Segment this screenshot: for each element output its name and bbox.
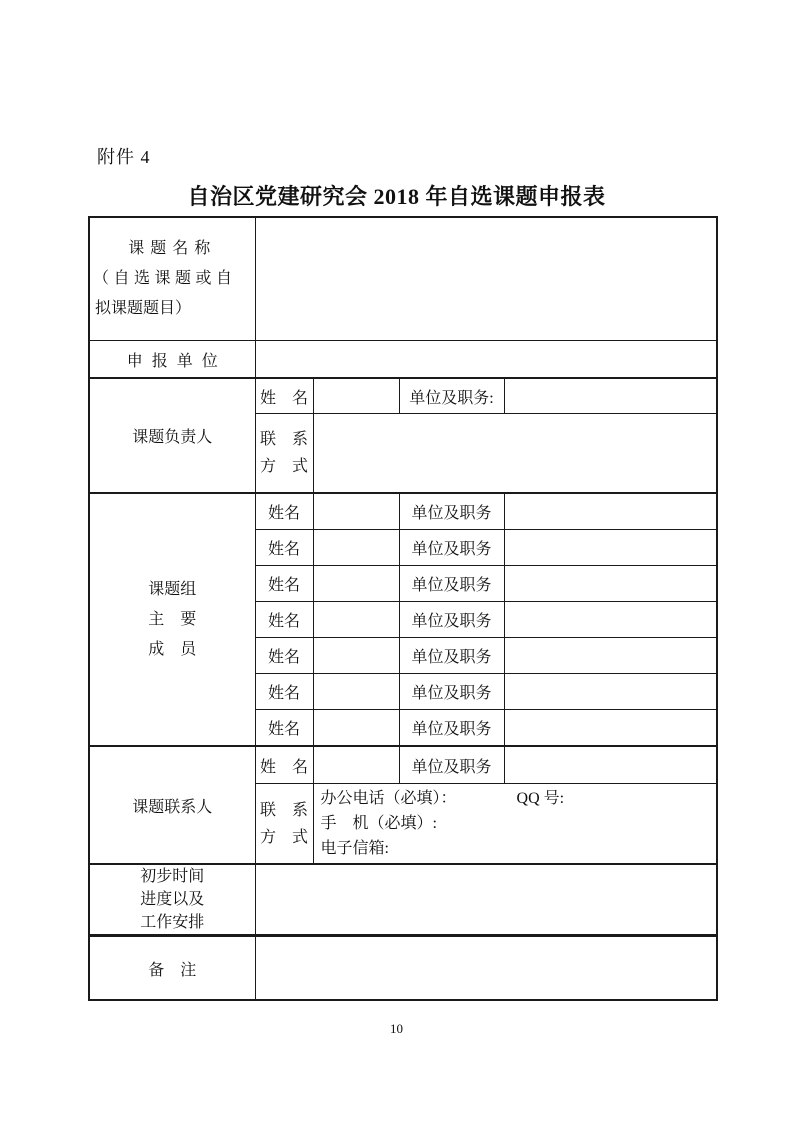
contact-person-unit-value-cell bbox=[504, 746, 717, 784]
member-6-name-value-cell bbox=[313, 674, 399, 710]
remarks-value-cell bbox=[255, 936, 717, 1001]
topic-name-label: 课题名称 （自选课题或自 拟课题题目） bbox=[89, 217, 255, 341]
row-leader-name: 课题负责人 姓 名 单位及职务: bbox=[89, 378, 717, 414]
member-5-name-label: 姓名 bbox=[255, 638, 313, 674]
member-4-name-label: 姓名 bbox=[255, 602, 313, 638]
email-label: 电子信箱: bbox=[321, 836, 717, 861]
leader-unit-label: 单位及职务: bbox=[399, 378, 504, 414]
members-label-line2: 主 要 bbox=[90, 605, 255, 635]
schedule-label-line1: 初步时间 bbox=[90, 865, 255, 888]
row-contact-person-name: 课题联系人 姓 名 单位及职务 bbox=[89, 746, 717, 784]
application-form-table: 课题名称 （自选课题或自 拟课题题目） 申报单位 课题负责人 姓 名 单位及职务… bbox=[88, 216, 718, 1001]
contact-line-phone-qq: 办公电话（必填）：QQ 号: bbox=[321, 786, 717, 811]
contact-person-contact-label-line1: 联 系 bbox=[256, 797, 313, 824]
row-member-1: 课题组 主 要 成 员 姓名 单位及职务 bbox=[89, 493, 717, 530]
member-1-name-label: 姓名 bbox=[255, 493, 313, 530]
row-schedule: 初步时间 进度以及 工作安排 bbox=[89, 864, 717, 936]
member-7-name-value-cell bbox=[313, 710, 399, 747]
member-7-unit-value-cell bbox=[504, 710, 717, 747]
page-number: 10 bbox=[0, 1021, 793, 1037]
contact-person-name-value-cell bbox=[313, 746, 399, 784]
member-7-unit-label: 单位及职务 bbox=[399, 710, 504, 747]
contact-person-contact-value-cell: 办公电话（必填）：QQ 号: 手 机（必填）: 电子信箱: bbox=[313, 784, 717, 865]
schedule-label-line2: 进度以及 bbox=[90, 888, 255, 911]
member-6-name-label: 姓名 bbox=[255, 674, 313, 710]
members-label-line1: 课题组 bbox=[90, 575, 255, 605]
member-1-name-value-cell bbox=[313, 493, 399, 530]
topic-name-label-line2: （自选课题或自 bbox=[92, 264, 253, 294]
remarks-label: 备 注 bbox=[89, 936, 255, 1001]
leader-contact-value-cell bbox=[313, 414, 717, 494]
member-3-unit-value-cell bbox=[504, 566, 717, 602]
schedule-label-line3: 工作安排 bbox=[90, 911, 255, 934]
topic-name-value-cell bbox=[255, 217, 717, 341]
topic-name-label-line1: 课题名称 bbox=[92, 234, 253, 264]
member-3-name-value-cell bbox=[313, 566, 399, 602]
member-1-unit-label: 单位及职务 bbox=[399, 493, 504, 530]
mobile-label: 手 机（必填）: bbox=[321, 811, 717, 836]
row-applicant-unit: 申报单位 bbox=[89, 341, 717, 379]
member-5-name-value-cell bbox=[313, 638, 399, 674]
member-3-name-label: 姓名 bbox=[255, 566, 313, 602]
member-5-unit-value-cell bbox=[504, 638, 717, 674]
topic-name-label-line3: 拟课题题目） bbox=[92, 294, 253, 324]
office-phone-label: 办公电话（必填）： bbox=[321, 790, 457, 807]
contact-person-label: 课题联系人 bbox=[89, 746, 255, 864]
attachment-label: 附件 4 bbox=[97, 143, 151, 169]
leader-unit-value-cell bbox=[504, 378, 717, 414]
leader-contact-label-line1: 联 系 bbox=[256, 426, 313, 453]
applicant-unit-value-cell bbox=[255, 341, 717, 379]
member-1-unit-value-cell bbox=[504, 493, 717, 530]
leader-name-label: 姓 名 bbox=[255, 378, 313, 414]
leader-label: 课题负责人 bbox=[89, 378, 255, 493]
member-4-unit-value-cell bbox=[504, 602, 717, 638]
schedule-value-cell bbox=[255, 864, 717, 936]
member-2-unit-label: 单位及职务 bbox=[399, 530, 504, 566]
member-7-name-label: 姓名 bbox=[255, 710, 313, 747]
leader-contact-label-line2: 方 式 bbox=[256, 453, 313, 480]
contact-person-contact-label: 联 系 方 式 bbox=[255, 784, 313, 865]
row-topic-name: 课题名称 （自选课题或自 拟课题题目） bbox=[89, 217, 717, 341]
leader-contact-label: 联 系 方 式 bbox=[255, 414, 313, 494]
members-label: 课题组 主 要 成 员 bbox=[89, 493, 255, 746]
contact-person-contact-label-line2: 方 式 bbox=[256, 824, 313, 851]
member-2-name-label: 姓名 bbox=[255, 530, 313, 566]
qq-label: QQ 号: bbox=[517, 790, 565, 807]
schedule-label: 初步时间 进度以及 工作安排 bbox=[89, 864, 255, 936]
page-title: 自治区党建研究会 2018 年自选课题申报表 bbox=[0, 180, 793, 211]
members-label-line3: 成 员 bbox=[90, 635, 255, 665]
row-remarks: 备 注 bbox=[89, 936, 717, 1001]
member-6-unit-label: 单位及职务 bbox=[399, 674, 504, 710]
member-3-unit-label: 单位及职务 bbox=[399, 566, 504, 602]
contact-person-name-label: 姓 名 bbox=[255, 746, 313, 784]
member-5-unit-label: 单位及职务 bbox=[399, 638, 504, 674]
applicant-unit-label: 申报单位 bbox=[89, 341, 255, 379]
member-6-unit-value-cell bbox=[504, 674, 717, 710]
member-4-name-value-cell bbox=[313, 602, 399, 638]
document-page: 附件 4 自治区党建研究会 2018 年自选课题申报表 课题名称 （自选课题或自… bbox=[0, 0, 793, 1122]
leader-name-value-cell bbox=[313, 378, 399, 414]
member-2-unit-value-cell bbox=[504, 530, 717, 566]
member-4-unit-label: 单位及职务 bbox=[399, 602, 504, 638]
member-2-name-value-cell bbox=[313, 530, 399, 566]
contact-person-unit-label: 单位及职务 bbox=[399, 746, 504, 784]
